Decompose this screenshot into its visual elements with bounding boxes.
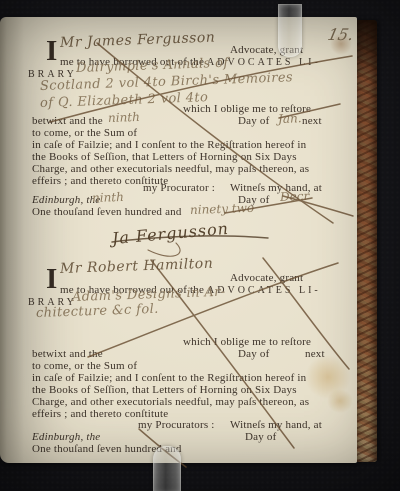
legal-line: in caſe of Failzie; and I conſent to the… (32, 372, 306, 384)
next-label: next (305, 348, 325, 360)
procurator-label: my Procurator : (143, 182, 215, 194)
signed-month-handwritten: Decr (280, 189, 310, 204)
signed-day-handwritten: ninth (92, 190, 124, 205)
day-of-label: Day of (238, 348, 269, 360)
plastic-strap-bottom (153, 446, 181, 491)
dropcap: I (46, 38, 57, 64)
grant-label: Advocate, grant (230, 272, 303, 284)
legal-line: Charge, and other executorials needful, … (32, 396, 309, 408)
betwixt-label: betwixt and the (32, 115, 103, 127)
sum-line: to come, or the Sum of (32, 360, 137, 372)
register-page: 15. I Mr James Fergusson Advocate, grant… (0, 17, 357, 463)
legal-line: the Books of Seſſion, that Letters of Ho… (32, 384, 297, 396)
witness-label: Witneſs my hand, at (230, 419, 322, 431)
paper-stain (305, 355, 351, 399)
day-of-label: Day of (245, 431, 276, 443)
plastic-strap-top (278, 4, 302, 57)
book-titles-line: chitecture &c fol. (36, 302, 159, 321)
return-day-handwritten: ninth (108, 110, 140, 125)
procurator-label: my Procurators : (138, 419, 215, 431)
restore-line: which I oblige me to reſtore (183, 336, 311, 348)
legal-line: the Books of Seſſion, that Letters of Ho… (32, 151, 297, 163)
signature-handwritten: Ja Fergusson (111, 219, 230, 248)
legal-line: Charge, and other executorials needful, … (32, 163, 309, 175)
return-month-handwritten: Jan. (278, 111, 302, 126)
legal-line: in caſe of Failzie; and I conſent to the… (32, 139, 306, 151)
photograph-of-library-register: 15. I Mr James Fergusson Advocate, grant… (0, 0, 400, 491)
betwixt-label: betwixt and the (32, 348, 103, 360)
page-number: 15. (326, 25, 355, 44)
dropcap: I (46, 266, 57, 292)
year-line: One thouſand ſeven hundred and (32, 206, 182, 218)
day-of-label: Day of (238, 115, 269, 127)
edinburgh-label: Edinburgh, the (32, 431, 100, 443)
year-value-handwritten: ninety two (190, 201, 255, 217)
paper-stain (327, 389, 353, 413)
borrower-name: Mr Robert Hamilton (60, 256, 214, 277)
sum-line: to come, or the Sum of (32, 127, 137, 139)
next-label: next (302, 115, 322, 127)
edinburgh-label: Edinburgh, the (32, 194, 100, 206)
borrower-name: Mr James Fergusson (60, 30, 216, 51)
